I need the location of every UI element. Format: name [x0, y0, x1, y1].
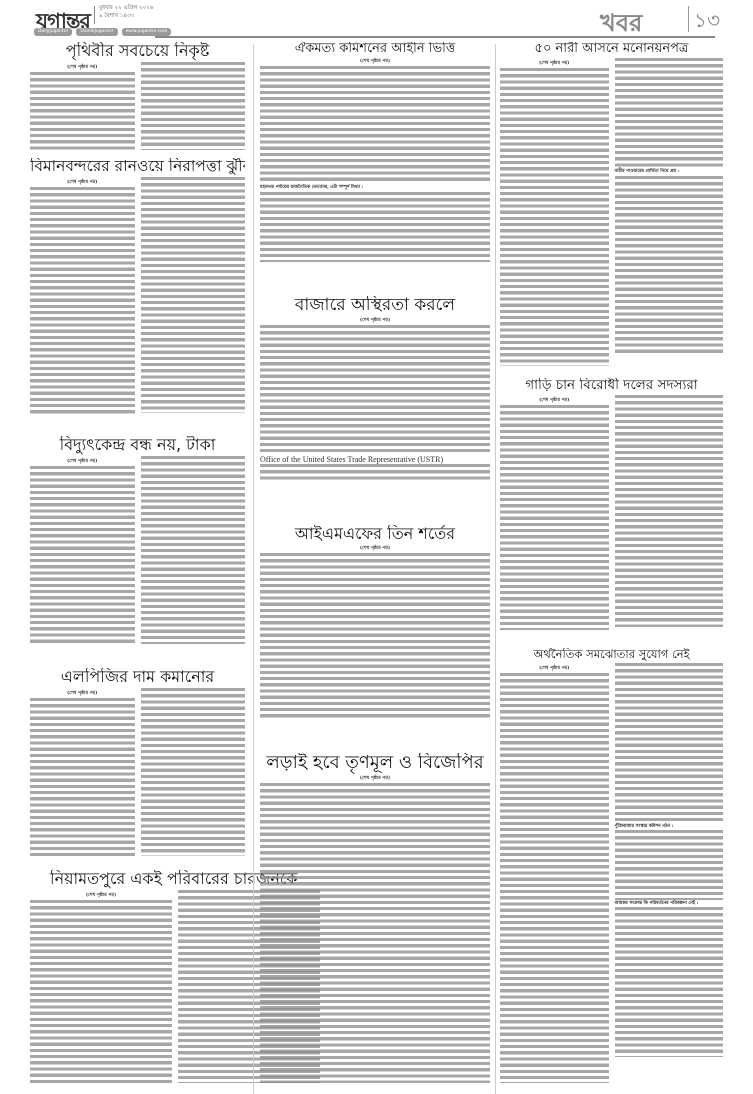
- body-text: [500, 405, 609, 630]
- logo-divider: [94, 6, 95, 24]
- body-text: [260, 553, 490, 718]
- headline: এলপিজির দাম কমানোর: [30, 668, 245, 686]
- continued-label: (শেষ পৃষ্ঠার পর): [30, 63, 135, 71]
- subhead: আয়কর সংক্রান্ত কি পরিবর্তনের পরিকল্পনা …: [615, 901, 699, 906]
- headline: লড়াই হবে তৃণমূল ও বিজেপির: [260, 753, 490, 773]
- story-tmc-bjp: লড়াই হবে তৃণমূল ও বিজেপির (শেষ পৃষ্ঠার …: [260, 753, 490, 1094]
- page-number: ১৩: [694, 6, 720, 39]
- body-text: [500, 673, 609, 1083]
- social-twitter-link[interactable]: DailyJugantor: [34, 28, 72, 36]
- continued-label: (শেষ পৃষ্ঠার পর): [30, 457, 135, 465]
- subhead: পুঁজিবাজার সংস্কার কমিশন গঠন :: [615, 824, 674, 829]
- body-text: [615, 907, 724, 1057]
- website-link[interactable]: www.jugantor.com: [122, 28, 172, 36]
- column-divider: [253, 44, 254, 1094]
- subhead: নারীর পাওয়ারের প্রার্থিতা নিয়ে প্রশ্ন …: [615, 169, 680, 174]
- continued-label: (শেষ পৃষ্ঠার পর): [500, 664, 609, 672]
- body-text: [260, 783, 490, 1083]
- date-bengali: ৯ বৈশাখ ১৪৩৩: [99, 12, 154, 20]
- subhead-paragraph: মহানগর পর্যায়ের রাজনৈতিক নেতাদের, এটা স…: [260, 184, 490, 191]
- story-worst-in-world: পৃথিবীর সবচেয়ে নিকৃষ্ট (শেষ পৃষ্ঠার পর): [30, 42, 245, 157]
- subhead-paragraph: নারীর পাওয়ারের প্রার্থিতা নিয়ে প্রশ্ন …: [615, 168, 724, 175]
- continued-label: (শেষ পৃষ্ঠার পর): [30, 689, 135, 697]
- body-text: [615, 395, 724, 627]
- continued-label: (শেষ পৃষ্ঠার পর): [260, 316, 490, 324]
- masthead: যুগান্তর বুধবার ২২ এপ্রিল ২০২৬ ৯ বৈশাখ ১…: [0, 0, 753, 40]
- subhead-paragraph: আয়কর সংক্রান্ত কি পরিবর্তনের পরিকল্পনা …: [615, 900, 724, 907]
- headline: বাজারে অস্থিরতা করলে: [260, 296, 490, 315]
- social-facebook-link[interactable]: DainikJugantor: [76, 28, 117, 36]
- subhead: মহানগর পর্যায়ের রাজনৈতিক নেতাদের, এটা স…: [260, 185, 363, 190]
- dateline: বুধবার ২২ এপ্রিল ২০২৬ ৯ বৈশাখ ১৪৩৩: [99, 4, 154, 20]
- continued-label: (শেষ পৃষ্ঠার পর): [30, 178, 135, 186]
- continued-label: (শেষ পৃষ্ঠার পর): [260, 774, 490, 782]
- story-imf-conditions: আইএমএফের তিন শর্তের (শেষ পৃষ্ঠার পর): [260, 525, 490, 725]
- headline: অর্থনৈতিক সমঝোতার সুযোগ নেই: [500, 648, 723, 661]
- continued-label: (শেষ পৃষ্ঠার পর): [500, 396, 609, 404]
- body-text: [30, 187, 135, 415]
- body-text: [141, 688, 246, 856]
- body-text: [260, 325, 490, 455]
- section-divider: [688, 6, 689, 32]
- continued-label: (শেষ পৃষ্ঠার পর): [30, 891, 172, 899]
- story-airport-runway: বিমানবন্দরের রানওয়ে নিরাপত্তা ঝুঁকিতে (…: [30, 158, 245, 420]
- body-text: [260, 192, 490, 262]
- story-lpg-price: এলপিজির দাম কমানোর (শেষ পৃষ্ঠার পর): [30, 668, 245, 858]
- body-text: [30, 698, 135, 858]
- story-consensus-commission: ঐকমত্য কমিশনের আইনি ভিত্তি (শেষ পৃষ্ঠার …: [260, 42, 490, 264]
- continued-label: (শেষ পৃষ্ঠার পর): [260, 57, 490, 65]
- body-text: [260, 66, 490, 184]
- body-text: [260, 464, 490, 482]
- headline: পৃথিবীর সবচেয়ে নিকৃষ্ট: [30, 42, 245, 60]
- section-name: খবর: [600, 5, 642, 45]
- subhead-paragraph: পুঁজিবাজার সংস্কার কমিশন গঠন :: [615, 823, 724, 830]
- inline-english-text: Office of the United States Trade Repres…: [260, 455, 490, 464]
- social-links: DailyJugantor DainikJugantor www.juganto…: [34, 28, 171, 36]
- body-text: [141, 62, 246, 150]
- body-text: [615, 58, 724, 168]
- story-fifty-women-seats: ৫০ নারী আসনে মনোনয়নপত্র (শেষ পৃষ্ঠার পর…: [500, 42, 723, 372]
- headline: গাড়ি চান বিরোধী দলের সদস্যরা: [500, 378, 723, 393]
- continued-label: (শেষ পৃষ্ঠার পর): [260, 544, 490, 552]
- story-power-plant: বিদ্যুৎকেন্দ্র বন্ধ নয়, টাকা (শেষ পৃষ্ঠ…: [30, 436, 245, 651]
- headline: ঐকমত্য কমিশনের আইনি ভিত্তি: [260, 42, 490, 56]
- headline: বিমানবন্দরের রানওয়ে নিরাপত্তা ঝুঁকিতে: [30, 158, 245, 175]
- story-economic-compromise: অর্থনৈতিক সমঝোতার সুযোগ নেই (শেষ পৃষ্ঠার…: [500, 648, 723, 1094]
- body-text: [141, 177, 246, 413]
- body-text: [30, 72, 135, 152]
- body-text: [141, 456, 246, 644]
- story-opposition-cars: গাড়ি চান বিরোধী দলের সদস্যরা (শেষ পৃষ্ঠ…: [500, 378, 723, 633]
- body-text: [615, 830, 724, 900]
- body-text: [500, 68, 609, 366]
- body-text: [615, 663, 724, 823]
- story-market-instability: বাজারে অস্থিরতা করলে (শেষ পৃষ্ঠার পর) Of…: [260, 296, 490, 516]
- column-divider: [495, 44, 496, 1094]
- body-text: [30, 466, 135, 646]
- continued-label: (শেষ পৃষ্ঠার পর): [500, 59, 609, 67]
- body-text: [30, 900, 172, 1085]
- body-text: [615, 176, 724, 356]
- headline: আইএমএফের তিন শর্তের: [260, 525, 490, 543]
- headline: বিদ্যুৎকেন্দ্র বন্ধ নয়, টাকা: [30, 436, 245, 454]
- date-gregorian: বুধবার ২২ এপ্রিল ২০২৬: [99, 4, 154, 12]
- headline: ৫০ নারী আসনে মনোনয়নপত্র: [500, 42, 723, 56]
